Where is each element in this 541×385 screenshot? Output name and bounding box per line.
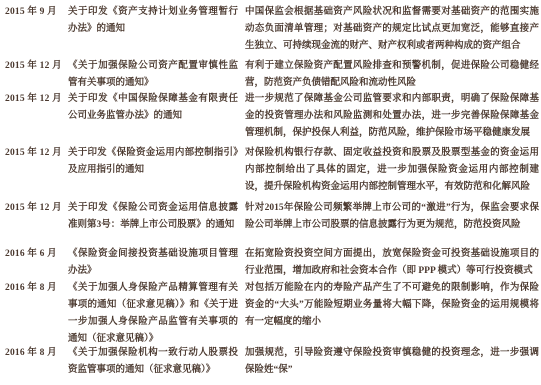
policy-date: 2016 年 8 月 (5, 345, 68, 362)
policy-title: 《关于加强保险公司资产配置审慎性监管有关事项的通知》 (68, 58, 245, 92)
policy-impact: 进一步规范了保障基金公司监管要求和内部职责，明确了保险保障基金的投资管理办法和风… (245, 91, 539, 142)
policy-title: 《保险资金间接投资基础设施项目管理办法》 (68, 246, 245, 280)
table-row: 2015 年 12 月 关于印发《中国保险保障基金有限责任公司业务监管办法》的通… (0, 91, 541, 142)
table-row: 2015 年 12 月 《关于加强保险公司资产配置审慎性监管有关事项的通知》 有… (0, 58, 541, 92)
policy-date: 2015 年 12 月 (5, 91, 68, 108)
policy-title: 《关于加强人身保险产品精算管理有关事项的通知（征求意见稿）》和《关于进一步加强人… (68, 280, 245, 348)
table-row: 2016 年 6 月 《保险资金间接投资基础设施项目管理办法》 在拓宽险资投资空… (0, 246, 541, 280)
policy-date: 2015 年 12 月 (5, 145, 68, 162)
policy-date: 2015 年 9 月 (5, 4, 68, 21)
table-row: 2015 年 9 月 关于印发《资产支持计划业务管理暂行办法》的通知 中国保监会… (0, 4, 541, 55)
policy-impact: 中国保监会根据基础资产风险状况和监督需要对基础资产的范围实施动态负面清单管理；对… (245, 4, 539, 55)
policy-title: 关于印发《资产支持计划业务管理暂行办法》的通知 (68, 4, 245, 38)
policy-date: 2015 年 12 月 (5, 200, 68, 217)
policy-title: 关于印发《保险公司资金运用信息披露准则第3号：举牌上市公司股票》的通知 (68, 200, 245, 234)
table-row: 2016 年 8 月 《关于加强保险机构一致行动人股票投资监管事项的通知（征求意… (0, 345, 541, 379)
policy-impact: 对包括万能险在内的寿险产品产生了不可避免的限制影响，作为保险资金的“大头”万能险… (245, 280, 539, 331)
policy-impact: 对保险机构银行存款、固定收益投资和股票及股票型基金的资金运用内部控制给出了具体的… (245, 145, 539, 196)
policy-title: 关于印发《中国保险保障基金有限责任公司业务监管办法》的通知 (68, 91, 245, 125)
policy-impact: 针对2015年保险公司频繁举牌上市公司的“激进”行为，保监会要求保险公司举牌上市… (245, 200, 539, 234)
table-row: 2015 年 12 月 关于印发《保险公司资金运用信息披露准则第3号：举牌上市公… (0, 200, 541, 234)
policy-title: 《关于加强保险机构一致行动人股票投资监管事项的通知（征求意见稿）》 (68, 345, 245, 379)
policy-impact: 有利于建立保险资产配置风险排查和预警机制，促进保险公司稳健经营，防范资产负债错配… (245, 58, 539, 92)
table-row: 2016 年 8 月 《关于加强人身保险产品精算管理有关事项的通知（征求意见稿）… (0, 280, 541, 348)
policy-impact: 在拓宽险资投资空间方面提出，放宽保险资金可投资基础设施项目的行业范围，增加政府和… (245, 246, 539, 280)
table-row: 2015 年 12 月 关于印发《保险资金运用内部控制指引》及应用指引的通知 对… (0, 145, 541, 196)
policy-date: 2015 年 12 月 (5, 58, 68, 75)
policy-title: 关于印发《保险资金运用内部控制指引》及应用指引的通知 (68, 145, 245, 179)
policy-date: 2016 年 8 月 (5, 280, 68, 297)
policy-impact: 加强规范，引导险资遵守保险投资审慎稳健的投资理念，进一步强调保险姓“保” (245, 345, 539, 379)
policy-date: 2016 年 6 月 (5, 246, 68, 263)
policy-table-document: 2015 年 9 月 关于印发《资产支持计划业务管理暂行办法》的通知 中国保监会… (0, 0, 541, 385)
